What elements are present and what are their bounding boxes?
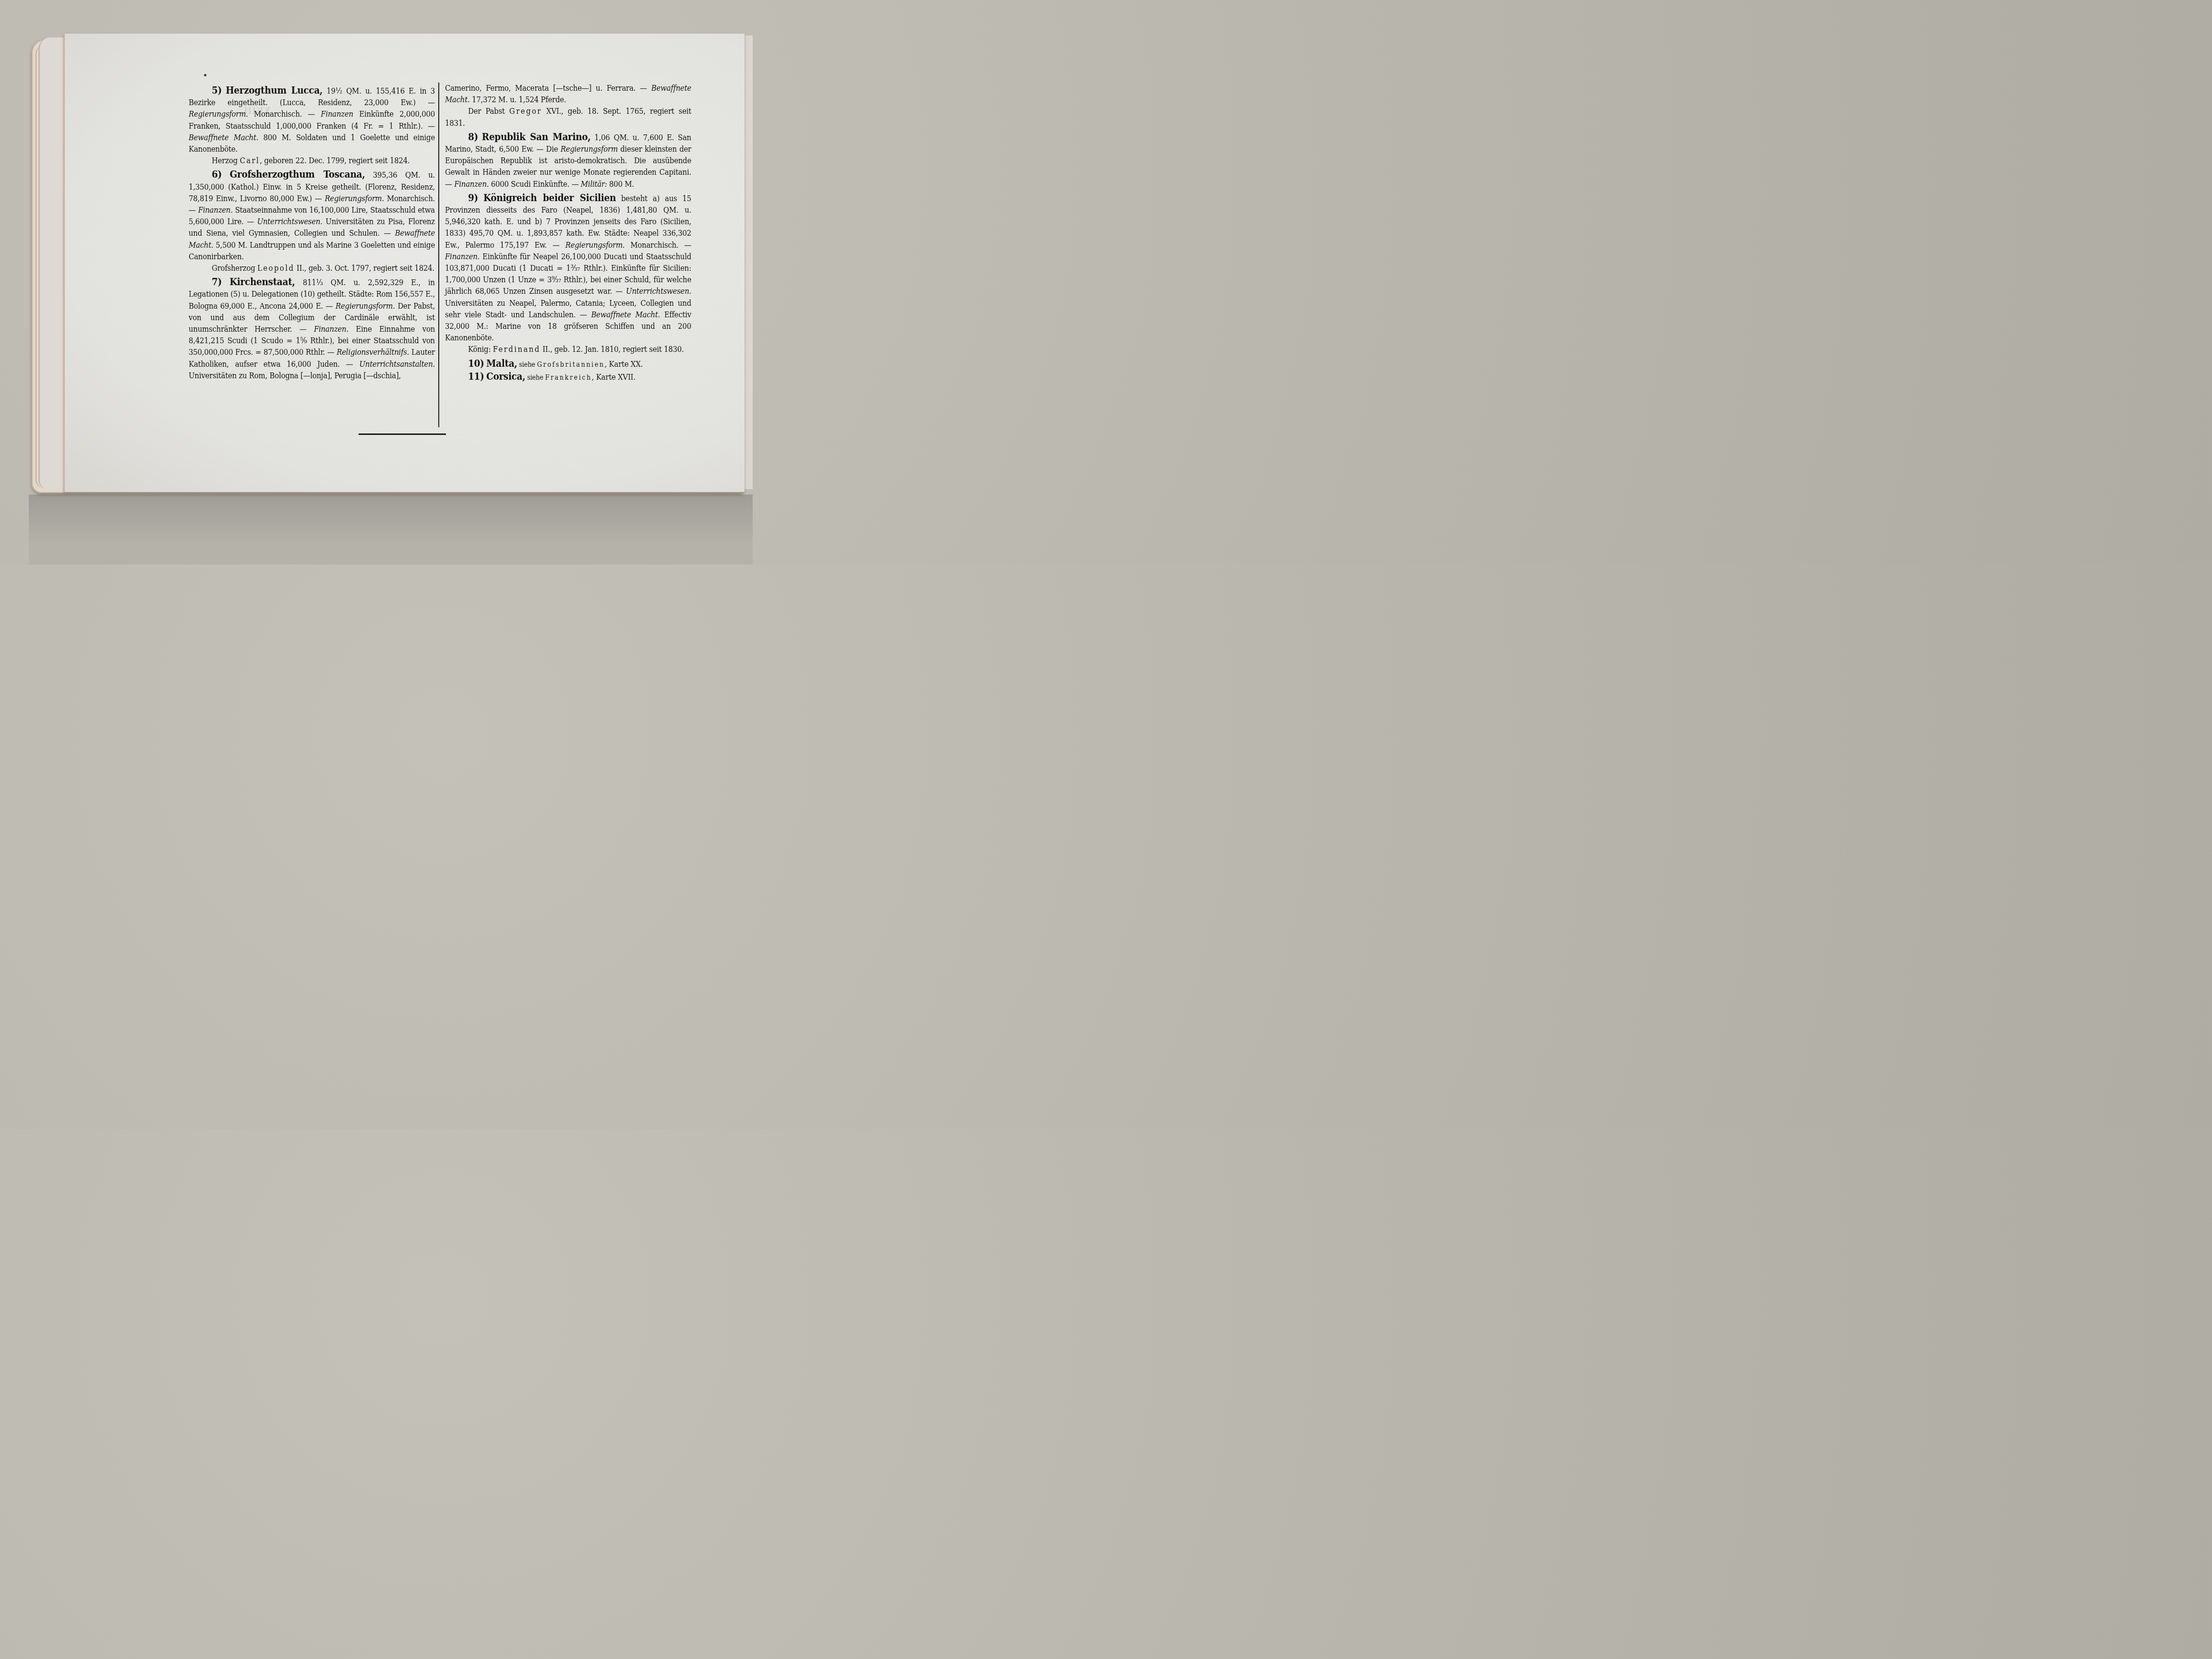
body-text: 6000 Scudi Einkünfte. —	[489, 180, 581, 189]
ruler-lucca: Herzog Carl, geboren 22. Dec. 1799, regi…	[189, 155, 435, 167]
ruler-kirchenstaat: Der Pabst Gregor XVI., geb. 18. Sept. 17…	[445, 106, 691, 129]
right-column: Camerino, Fermo, Macerata [—tsche—] u. F…	[445, 83, 691, 384]
term-government: Regierungsform.	[189, 109, 248, 119]
page-text-block: 5) Herzogthum Lucca, 19½ QM. u. 155,416 …	[189, 83, 692, 433]
cross-reference-country: Grofsbritannien	[537, 361, 605, 369]
section-number: 5)	[212, 84, 222, 96]
section-title: Republik San Marino,	[482, 131, 591, 143]
section-corsica: 11) Corsica, siehe Frankreich, Karte XVI…	[445, 371, 691, 384]
area-population: 1,06 QM. u. 7,600 E.	[594, 133, 674, 142]
body-text: 800 M.	[607, 180, 634, 189]
section-number: 11)	[468, 371, 484, 382]
term-government: Regierungsform	[561, 144, 618, 154]
section-lucca: 5) Herzogthum Lucca, 19½ QM. u. 155,416 …	[189, 84, 435, 155]
ink-speck	[204, 74, 206, 76]
section-number: 9)	[468, 192, 478, 204]
term-education: Unterrichtsanstalten.	[360, 360, 435, 369]
column-divider	[438, 83, 439, 427]
term-military: Bewaffnete Macht.	[189, 133, 258, 142]
cross-reference: siehe	[517, 361, 537, 369]
body-text: Monarchisch. —	[248, 109, 321, 119]
area-population: 19½ QM. u. 155,416 E.	[326, 86, 416, 96]
section-title: Königreich beider Sicilien	[483, 192, 616, 204]
term-military: Militär:	[581, 180, 607, 189]
section-title: Malta,	[486, 358, 517, 369]
term-finance: Finanzen.	[198, 205, 233, 215]
term-religion: Religionsverhältnifs.	[337, 348, 409, 357]
section-number: 8)	[468, 131, 478, 143]
right-page-edge	[743, 36, 753, 489]
end-rule	[359, 433, 446, 435]
ruler-title: Herzog	[212, 156, 240, 165]
area-population: 395,36 QM. u.	[373, 170, 435, 180]
section-title: Kirchenstaat,	[229, 276, 295, 288]
section-sicilien: 9) Königreich beider Sicilien besteht a)…	[445, 192, 691, 344]
body-text: Monarchisch. —	[625, 240, 691, 250]
ruler-toscana: Grofsherzog Leopold II., geb. 3. Oct. 17…	[189, 263, 435, 274]
term-finance: Finanzen.	[445, 252, 480, 261]
term-military: Bewaffnete Macht.	[591, 310, 660, 319]
section-san-marino: 8) Republik San Marino, 1,06 QM. u. 7,60…	[445, 131, 691, 190]
area-population: 811⅓ QM. u. 2,592,329 E., in	[303, 278, 435, 287]
ruler-title: Der Pabst	[468, 107, 509, 116]
term-education: Unterrichtswesen.	[257, 217, 323, 226]
body-text: Universitäten zu Rom, Bologna [—lonja], …	[189, 371, 401, 380]
ruler-details: II., geb. 12. Jan. 1810, regiert seit 18…	[541, 345, 684, 354]
cross-reference: siehe	[525, 374, 545, 382]
ruler-name: Leopold	[257, 264, 294, 273]
cross-reference-map: , Karte XVII.	[592, 373, 636, 382]
cross-reference-map: , Karte XX.	[605, 360, 643, 369]
table-surface-shadow	[29, 494, 753, 565]
term-finance: Finanzen.	[454, 180, 489, 189]
ruler-title: König:	[468, 345, 493, 354]
ruler-name: Carl	[240, 156, 260, 165]
body-text: Camerino, Fermo, Macerata [—tsche—] u. F…	[445, 84, 651, 93]
section-number: 10)	[468, 358, 484, 369]
section-title: Corsica,	[486, 371, 525, 382]
term-government: Regierungsform.	[565, 240, 625, 250]
section-title: Herzogthum Lucca,	[226, 84, 323, 96]
term-finance: Finanzen.	[314, 325, 349, 334]
ruler-name: Gregor	[509, 107, 542, 116]
ruler-title: Grofsherzog	[212, 264, 257, 273]
ruler-details: , geboren 22. Dec. 1799, regiert seit 18…	[260, 156, 409, 165]
term-finance: Finanzen	[321, 109, 353, 119]
section-malta: 10) Malta, siehe Grofsbritannien, Karte …	[445, 358, 691, 371]
section-kirchenstaat: 7) Kirchenstaat, 811⅓ QM. u. 2,592,329 E…	[189, 276, 435, 382]
term-government: Regierungsform.	[336, 301, 395, 311]
ruler-sicilien: König: Ferdinand II., geb. 12. Jan. 1810…	[445, 344, 691, 355]
section-kirchenstaat-continued: Camerino, Fermo, Macerata [—tsche—] u. F…	[445, 83, 691, 106]
section-number: 6)	[212, 168, 222, 180]
section-title: Grofsherzogthum Toscana,	[230, 168, 365, 180]
cross-reference-country: Frankreich	[545, 374, 592, 382]
body-text: 17,372 M. u. 1,524 Pferde.	[469, 95, 566, 104]
section-lead: besteht a) aus	[616, 194, 677, 203]
left-column: 5) Herzogthum Lucca, 19½ QM. u. 155,416 …	[189, 83, 435, 382]
ruler-name: Ferdinand	[493, 345, 541, 354]
body-text: 5,500 M. Landtruppen und als Marine 3 Go…	[189, 240, 435, 261]
ruler-details: II., geb. 3. Oct. 1797, regiert seit 182…	[294, 264, 434, 273]
section-toscana: 6) Grofsherzogthum Toscana, 395,36 QM. u…	[189, 168, 435, 263]
term-education: Unterrichtswesen.	[626, 287, 691, 296]
term-government: Regierungsform.	[325, 194, 384, 203]
section-number: 7)	[212, 276, 222, 288]
